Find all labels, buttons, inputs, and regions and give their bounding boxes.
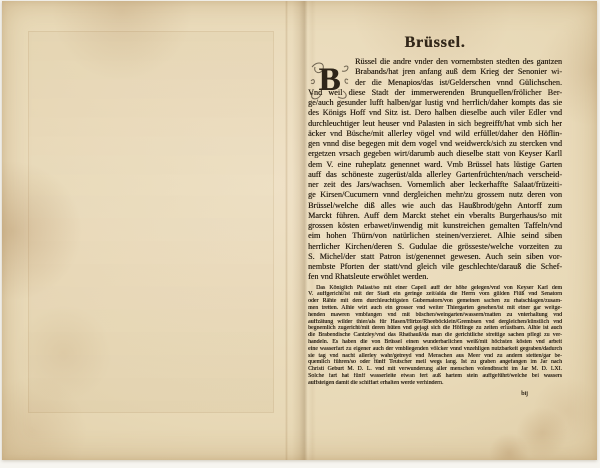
scan-backdrop: Brüssel. B Rüssel (0, 0, 600, 468)
text-line: eim hohen Thürn/von natürlichen steinen/… (308, 231, 562, 241)
text-line: des Königs Hoff vnd Sitz ist. Dero halbe… (308, 108, 562, 118)
text-line: quemlich führen/so oder fünff Teutscher … (308, 359, 562, 366)
text-line: äcker vnd Büsche/mit allerley vögel vnd … (308, 129, 562, 139)
text-line: Christi Geburt M. D. L. vnd mit verwunde… (308, 366, 562, 373)
body-paragraph-wrap: B Rüssel die andre vnder den vornembsten… (308, 57, 562, 283)
text-line: die Brabendische Cantzley/vnd das Rhatha… (308, 332, 562, 339)
text-line: grossen kösten erbawet/inwendig mit kuns… (308, 221, 562, 231)
text-line: der die Menapios/das ist/Gelderschen vnn… (355, 78, 562, 88)
text-line: Rüssel die andre vnder den vornembsten s… (355, 57, 562, 67)
page-title: Brüssel. (308, 34, 562, 52)
text-line: ge Kirsen/Cucumern vnnd dergleichen mehr… (308, 190, 562, 200)
text-line: Marckt führen. Auff dem Marckt stehet ei… (308, 211, 562, 221)
text-line: Solche fart hat fünff wasserleite etwan … (308, 373, 562, 380)
text-line: auffzätung wilder thier/als für Hasen/Hi… (308, 319, 562, 326)
show-through-mark (28, 31, 274, 413)
text-line: Brabands/hat jren anfang auß dem Krieg d… (355, 67, 562, 77)
text-line: henden mawren vmbfangen vnd mit büschen/… (308, 312, 562, 319)
text-line: nembste Pforten der statt/vnd gleich vil… (308, 262, 562, 272)
text-line: auffsteigen damit die schiffart erhalten… (308, 380, 562, 387)
text-line: fen vnd Rhatsleute erwöhlet werden. (308, 272, 562, 282)
text-line: ergetzen vrsach gegeben wirt/darumb auch… (308, 149, 562, 159)
text-line: begnemlich zugericht/mit deren hüten vnd… (308, 325, 562, 332)
text-line: durchleuchtiger leut heuser vnd Palasten… (308, 119, 562, 129)
text-line: herrlicher Kirchen/deren S. Gudulae die … (308, 242, 562, 252)
text-line: S. Michel/der statt Patron ist/genennet … (308, 252, 562, 262)
text-line: sie tag vnd nacht allerley wahr/getreyd … (308, 353, 562, 360)
text-line: oder Rähte mit dem durchleuchtigsten Gub… (308, 298, 562, 305)
decorated-initial: B (308, 60, 351, 101)
signature-mark: bij (308, 390, 562, 397)
initial-letter: B (308, 60, 351, 101)
text-column: Brüssel. B Rüssel (308, 34, 562, 397)
text-line: dem V. eine ruheplatz genennet ward. Vmb… (308, 160, 562, 170)
text-line: eine wasserfart zu eigener auch der vmbl… (308, 346, 562, 353)
text-line: V. auffgericht/ist mit der Stadt ein ger… (308, 291, 562, 298)
text-line: Das Königlich Pallast/so mit einer Capel… (308, 285, 562, 292)
left-blank-page (2, 1, 292, 460)
note-paragraph: Das Königlich Pallast/so mit einer Capel… (308, 285, 562, 387)
page-fold-crease (285, 1, 288, 460)
text-line: handeln. Es haben die von Brüssel einen … (308, 339, 562, 346)
text-line: ner zeit des Jars/wachsen. Vornemlich ab… (308, 180, 562, 190)
text-line: gen vnnd dise begegen mit dem vogel vnd … (308, 139, 562, 149)
text-line: Brüssel/welche diß alles wie auch das Ha… (308, 201, 562, 211)
book-spread: Brüssel. B Rüssel (2, 1, 597, 460)
text-line: men tretten. Alhie wirt auch ein grosser… (308, 305, 562, 312)
text-line: auff das schöneste zugerüst/alda allerle… (308, 170, 562, 180)
